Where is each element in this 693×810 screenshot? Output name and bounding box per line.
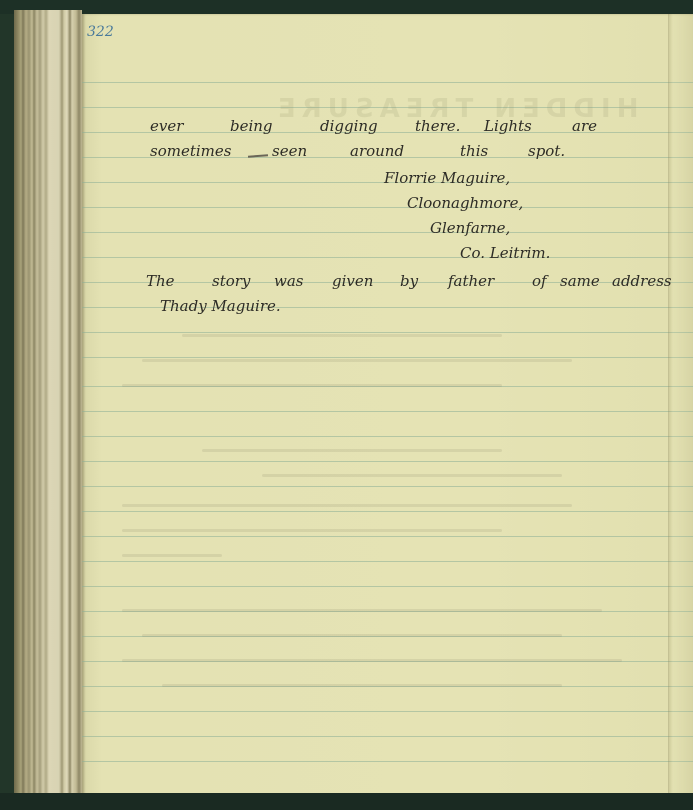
word: father (448, 272, 494, 290)
ruled-line (82, 411, 693, 412)
ruled-line (82, 736, 693, 737)
informant-name: Thady Maguire. (160, 297, 281, 315)
word: this (460, 142, 488, 160)
word: given (332, 272, 373, 290)
ruled-line (82, 461, 693, 462)
ruled-line (82, 511, 693, 512)
word: digging (320, 117, 378, 135)
word: there. (415, 117, 460, 135)
scanned-manuscript-scene: HIDDEN TREASURE 322 ever being digging t… (0, 0, 693, 810)
show-through-text (142, 634, 562, 637)
word: The (146, 272, 175, 290)
word: ever (150, 117, 183, 135)
word: being (230, 117, 273, 135)
show-through-text (162, 684, 562, 687)
show-through-text (202, 449, 502, 452)
signature-name: Florrie Maguire, (384, 169, 510, 187)
signature-parish: Glenfarne, (430, 219, 510, 237)
ruled-line (82, 82, 693, 83)
word: are (572, 117, 597, 135)
word: address (612, 272, 672, 290)
show-through-text (122, 529, 502, 532)
ruled-line (82, 536, 693, 537)
show-through-text (142, 359, 572, 362)
word: story (212, 272, 250, 290)
show-through-text (262, 474, 562, 477)
ruled-line (82, 586, 693, 587)
signature-county: Co. Leitrim. (460, 244, 550, 262)
ruled-line (82, 357, 693, 358)
ruled-line (82, 561, 693, 562)
backdrop (0, 793, 693, 810)
ruled-line (82, 207, 693, 208)
word: was (274, 272, 303, 290)
ruled-line (82, 711, 693, 712)
notebook-page: HIDDEN TREASURE 322 ever being digging t… (82, 14, 693, 796)
word: around (350, 142, 404, 160)
show-through-text (122, 554, 222, 557)
ruled-line (82, 436, 693, 437)
backdrop (0, 0, 693, 14)
word: Lights (484, 117, 532, 135)
word: same (560, 272, 600, 290)
ruled-line (82, 761, 693, 762)
page-curl-edge (668, 14, 693, 796)
word: of (532, 272, 547, 290)
ruled-line (82, 486, 693, 487)
word: spot. (528, 142, 565, 160)
show-through-text (122, 609, 602, 612)
show-through-text (122, 504, 572, 507)
word: by (400, 272, 418, 290)
signature-townland: Cloonaghmore, (407, 194, 523, 212)
ruled-line (82, 332, 693, 333)
ruled-line (82, 257, 693, 258)
show-through-text (122, 659, 622, 662)
ruled-line (82, 232, 693, 233)
page-number: 322 (87, 24, 114, 40)
word: sometimes (150, 142, 231, 160)
show-through-text (122, 384, 502, 387)
word: seen (272, 142, 307, 160)
show-through-text (182, 334, 502, 337)
page-stack-edge (14, 10, 82, 802)
